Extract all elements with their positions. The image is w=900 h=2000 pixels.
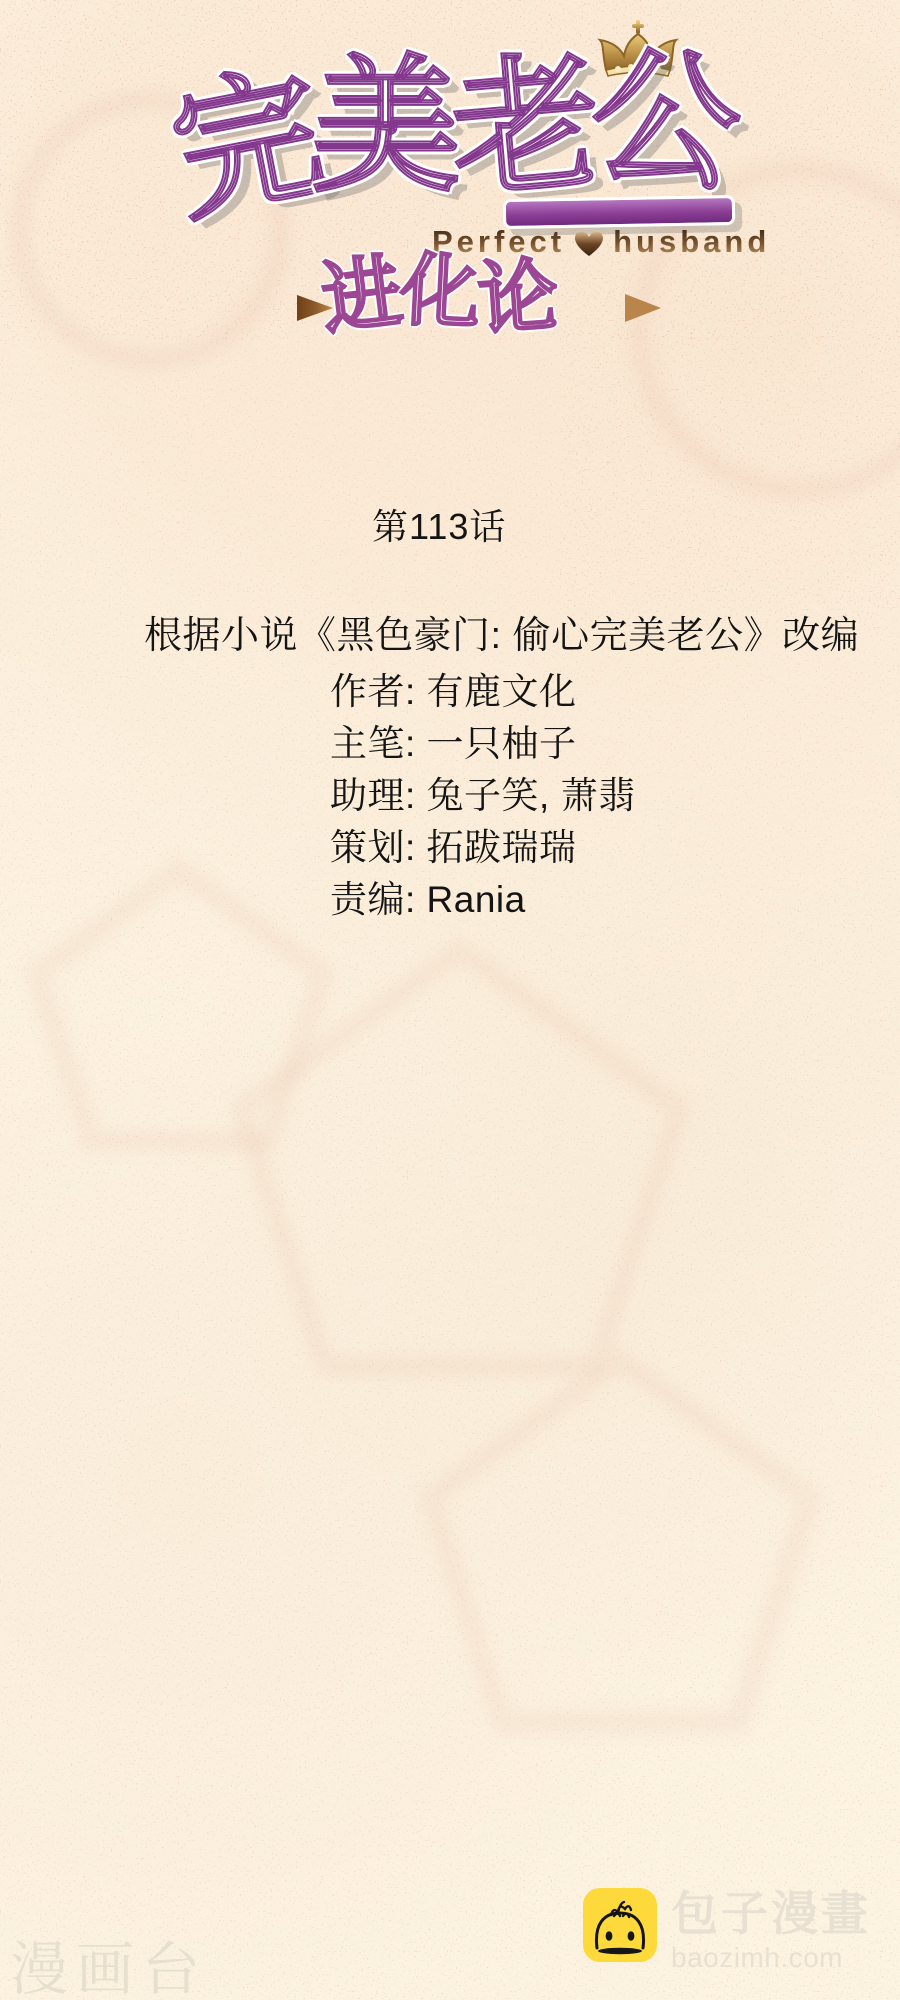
brand-domain: baozimh.com [671, 1942, 871, 1974]
credit-line-editor: 责编: Rania [330, 874, 636, 926]
credit-line-planner: 策划: 拓跋瑞瑞 [330, 822, 636, 874]
credit-line-author: 作者: 有鹿文化 [330, 666, 636, 718]
credits-block: 作者: 有鹿文化 主笔: 一只柚子 助理: 兔子笑, 萧翡 策划: 拓跋瑞瑞 责… [330, 666, 636, 926]
adaptation-note: 根据小说《黑色豪门: 偷心完美老公》改编 [144, 604, 859, 659]
credit-line-assistants: 助理: 兔子笑, 萧翡 [330, 770, 636, 822]
comic-title-page: 完 美 老 公 Perfect husband 进 化 论 [0, 0, 900, 2000]
bao-bun-icon [583, 1888, 657, 1962]
logo-title-char: 公 [585, 31, 739, 213]
baozimh-brand: 包子漫畫 baozimh.com [583, 1888, 871, 1974]
heart-icon [574, 231, 604, 257]
logo-title-char: 美 [312, 42, 452, 212]
brand-name: 包子漫畫 [671, 1888, 871, 1940]
chapter-number: 第113话 [372, 499, 506, 550]
logo-title: 完 美 老 公 [169, 32, 735, 222]
logo-title-char: 完 [159, 49, 329, 243]
platform-watermark: 漫画台 [10, 1922, 208, 2000]
subtitle-en-right: husband [613, 224, 770, 260]
arrow-right-icon [245, 288, 665, 328]
brand-text: 包子漫畫 baozimh.com [671, 1888, 871, 1974]
logo-title-char: 老 [445, 38, 599, 220]
credit-line-artist: 主笔: 一只柚子 [330, 718, 636, 770]
